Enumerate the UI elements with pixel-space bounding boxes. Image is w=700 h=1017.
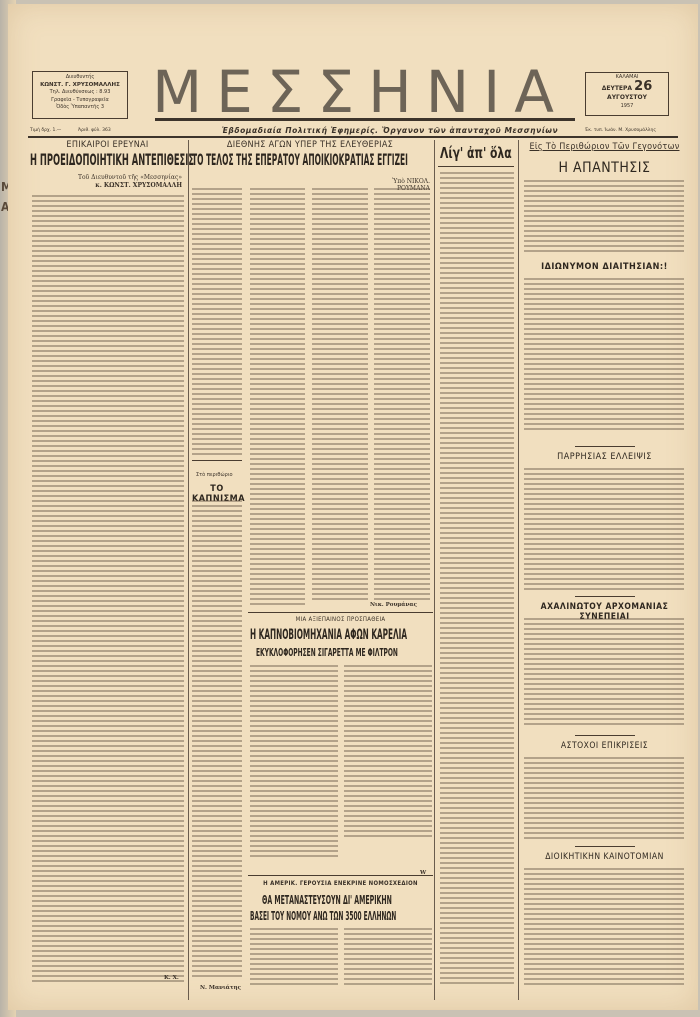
phone-number: Τηλ. Διευθύνσεως : 8.93 — [35, 89, 125, 97]
article-headline: Η ΚΑΠΝΟΒΙΟΜΗΧΑΝΙΑ ΑΦΩΝ ΚΑΡΕΛΙΑ — [250, 627, 407, 643]
divider — [575, 596, 635, 597]
price: Τιμὴ δρχ. 1.— — [30, 128, 61, 133]
divider — [248, 875, 433, 876]
article-body — [344, 665, 432, 840]
article-headline: ΤΟ ΤΕΛΟΣ ΤΗΣ ΕΠΕΡΑΤΟΥ ΑΠΟΙΚΙΟΚΡΑΤΙΑΣ ΕΓΓ… — [192, 150, 408, 169]
year: 1957 — [586, 102, 668, 111]
divider — [575, 446, 635, 447]
section-title: ΙΔΙΩΝΥΜΟΝ ΔΙΑΙΤΗΣΙΑΝ:! — [522, 262, 687, 272]
article-kicker: Η ΑΜΕΡΙΚ. ΓΕΡΟΥΣΙΑ ΕΝΕΚΡΙΝΕ ΝΟΜΟΣΧΕΔΙΟΝ — [248, 880, 433, 887]
article-body — [524, 868, 684, 988]
divider — [192, 460, 242, 461]
article-subheadline: ΕΚΥΚΛΟΦΟΡΗΣΕΝ ΣΙΓΑΡΕΤΤΑ ΜΕ ΦΙΛΤΡΟΝ — [256, 646, 398, 659]
article-body — [524, 618, 684, 728]
article-body — [344, 928, 432, 988]
article-headline: Η ΑΠΑΝΤΗΣΙΣ — [522, 160, 687, 176]
divider — [438, 166, 514, 167]
article-body — [374, 188, 430, 600]
issue-number: Ἀριθ. φύλ. 363 — [78, 128, 111, 133]
article-kicker: Εἰς Τὸ Περιθώριον Τῶν Γεγονότων — [522, 142, 687, 152]
column-rule — [188, 140, 189, 1000]
divider — [248, 612, 433, 613]
article-body — [250, 928, 338, 988]
article-kicker: ΕΠΙΚΑΙΡΟΙ ΕΡΕΥΝΑΙ — [30, 140, 185, 150]
section-title: ΑΣΤΟΧΟΙ ΕΠΙΚΡΙΣΕΙΣ — [522, 741, 687, 751]
article-body — [312, 188, 368, 600]
printer: Ἐκ. τυπ. Ἰωάν. Μ. Χρυσομάλλης — [585, 128, 656, 133]
signature: Νικ. Ρουμάνας — [370, 602, 417, 608]
column-body — [440, 172, 514, 987]
street-address: Ὁδὸς Ὑπαπαντῆς 3 — [35, 104, 125, 112]
article-body — [192, 188, 242, 458]
date-box: ΚΑΛΑΜΑΙ ΔΕΥΤΕΡΑ 26 ΑΥΓΟΥΣΤΟΥ 1957 — [585, 72, 669, 116]
article-headline: Η ΠΡΟΕΙΔΟΠΟΙΗΤΙΚΗ ΑΝΤΕΠΙΘΕΣΙΣ — [30, 150, 194, 169]
article-body — [524, 180, 684, 255]
article-body — [524, 278, 684, 433]
city: ΚΑΛΑΜΑΙ — [586, 73, 668, 82]
article-body — [192, 500, 242, 980]
divider — [575, 735, 635, 736]
byline: Τοῦ Διευθυντοῦ τῆς «Μεσσηνίας» — [30, 174, 182, 181]
date: ΔΕΥΤΕΡΑ 26 ΑΥΓΟΥΣΤΟΥ — [586, 82, 668, 102]
section-label: Στὸ περιθώριο — [196, 472, 233, 478]
director-box: Διευθυντής ΚΩΝΣΤ. Γ. ΧΡΥΣΟΜΑΛΛΗΣ Τηλ. Δι… — [32, 71, 128, 119]
director-name: ΚΩΝΣΤ. Γ. ΧΡΥΣΟΜΑΛΛΗΣ — [35, 82, 125, 90]
signature: Κ. Χ. — [164, 975, 179, 981]
author: κ. ΚΩΝΣΤ. ΧΡΥΣΟΜΑΛΛΗ — [30, 182, 182, 189]
article-body — [32, 195, 184, 985]
divider — [575, 846, 635, 847]
signature: Ν. Μανιάτης — [200, 985, 241, 991]
director-label: Διευθυντής — [35, 74, 125, 82]
section-title: ΠΑΡΡΗΣΙΑΣ ΕΛΛΕΙΨΙΣ — [522, 452, 687, 462]
newspaper-subtitle: Ἑβδομαδιαία Πολιτική Ἐφημερίς. Ὄργανον τ… — [200, 126, 580, 135]
article-headline: ΘΑ ΜΕΤΑΝΑΣΤΕΥΣΟΥΝ ΔΙ' ΑΜΕΡΙΚΗΝ — [262, 893, 392, 907]
column-rule — [434, 140, 435, 1000]
article-body — [524, 468, 684, 593]
column-title: Λίγ' ἀπ' ὅλα — [440, 144, 512, 162]
newspaper-title: ΜΕΣΣΗΝΙΑ — [145, 62, 575, 122]
article-kicker: ΜΙΑ ΑΞΙΕΠΑΙΝΟΣ ΠΡΟΣΠΑΘΕΙΑ — [248, 616, 433, 623]
header-rule — [28, 136, 678, 138]
column-rule — [518, 140, 519, 1000]
article-kicker: ΔΙΕΘΝΗΣ ΑΓΩΝ ΥΠΕΡ ΤΗΣ ΕΛΕΥΘΕΡΙΑΣ — [190, 140, 430, 150]
masthead-rule — [155, 118, 575, 121]
article-subheadline: ΒΑΣΕΙ ΤΟΥ ΝΟΜΟΥ ΑΝΩ ΤΩΝ 3500 ΕΛΛΗΝΩΝ — [250, 909, 396, 923]
article-body — [250, 188, 305, 608]
section-title: ΔΙΟΙΚΗΤΙΚΗΝ ΚΑΙΝΟΤΟΜΙΑΝ — [522, 852, 687, 862]
article-body — [250, 665, 338, 860]
article-body — [524, 757, 684, 842]
offices-label: Γραφεῖα - Τυπογραφεῖα — [35, 97, 125, 105]
